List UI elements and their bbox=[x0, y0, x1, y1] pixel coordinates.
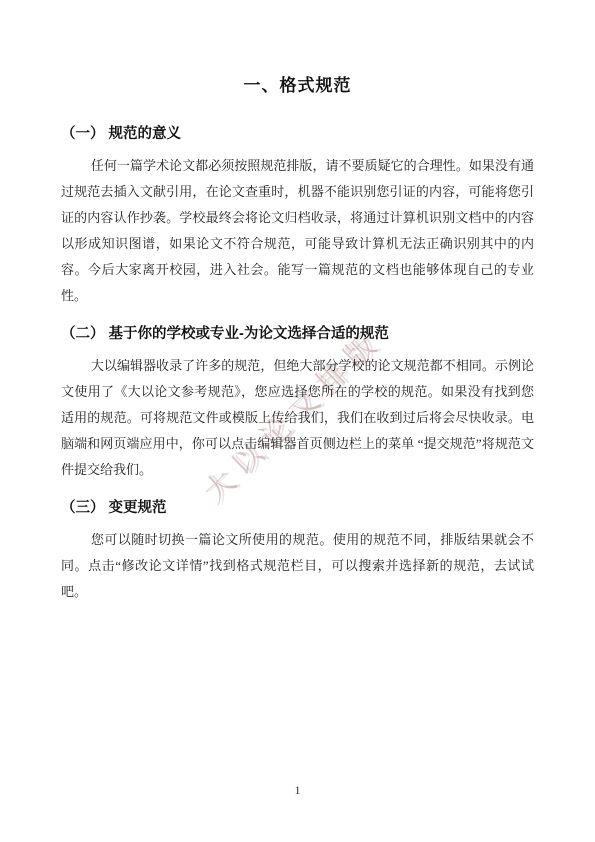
document-title: 一、格式规范 bbox=[61, 74, 534, 98]
section-paragraph-3: 您可以随时切换一篇论文所使用的规范。使用的规范不同，排版结果就会不同。点击“修改… bbox=[61, 527, 534, 605]
section-heading-1: （一） 规范的意义 bbox=[61, 124, 534, 144]
section-heading-2: （二） 基于你的学校或专业-为论文选择合适的规范 bbox=[61, 324, 534, 344]
section-paragraph-1: 任何一篇学术论文都必须按照规范排版，请不要质疑它的合理性。如果没有通过规范去插入… bbox=[61, 153, 534, 309]
section-heading-3: （三） 变更规范 bbox=[61, 498, 534, 518]
document-page: 大以论文排版 一、格式规范 （一） 规范的意义 任何一篇学术论文都必须按照规范排… bbox=[0, 0, 595, 842]
page-content: 一、格式规范 （一） 规范的意义 任何一篇学术论文都必须按照规范排版，请不要质疑… bbox=[0, 0, 595, 605]
section-paragraph-2: 大以编辑器收录了许多的规范，但绝大部分学校的论文规范都不相同。示例论文使用了《大… bbox=[61, 353, 534, 483]
page-number: 1 bbox=[0, 782, 595, 798]
